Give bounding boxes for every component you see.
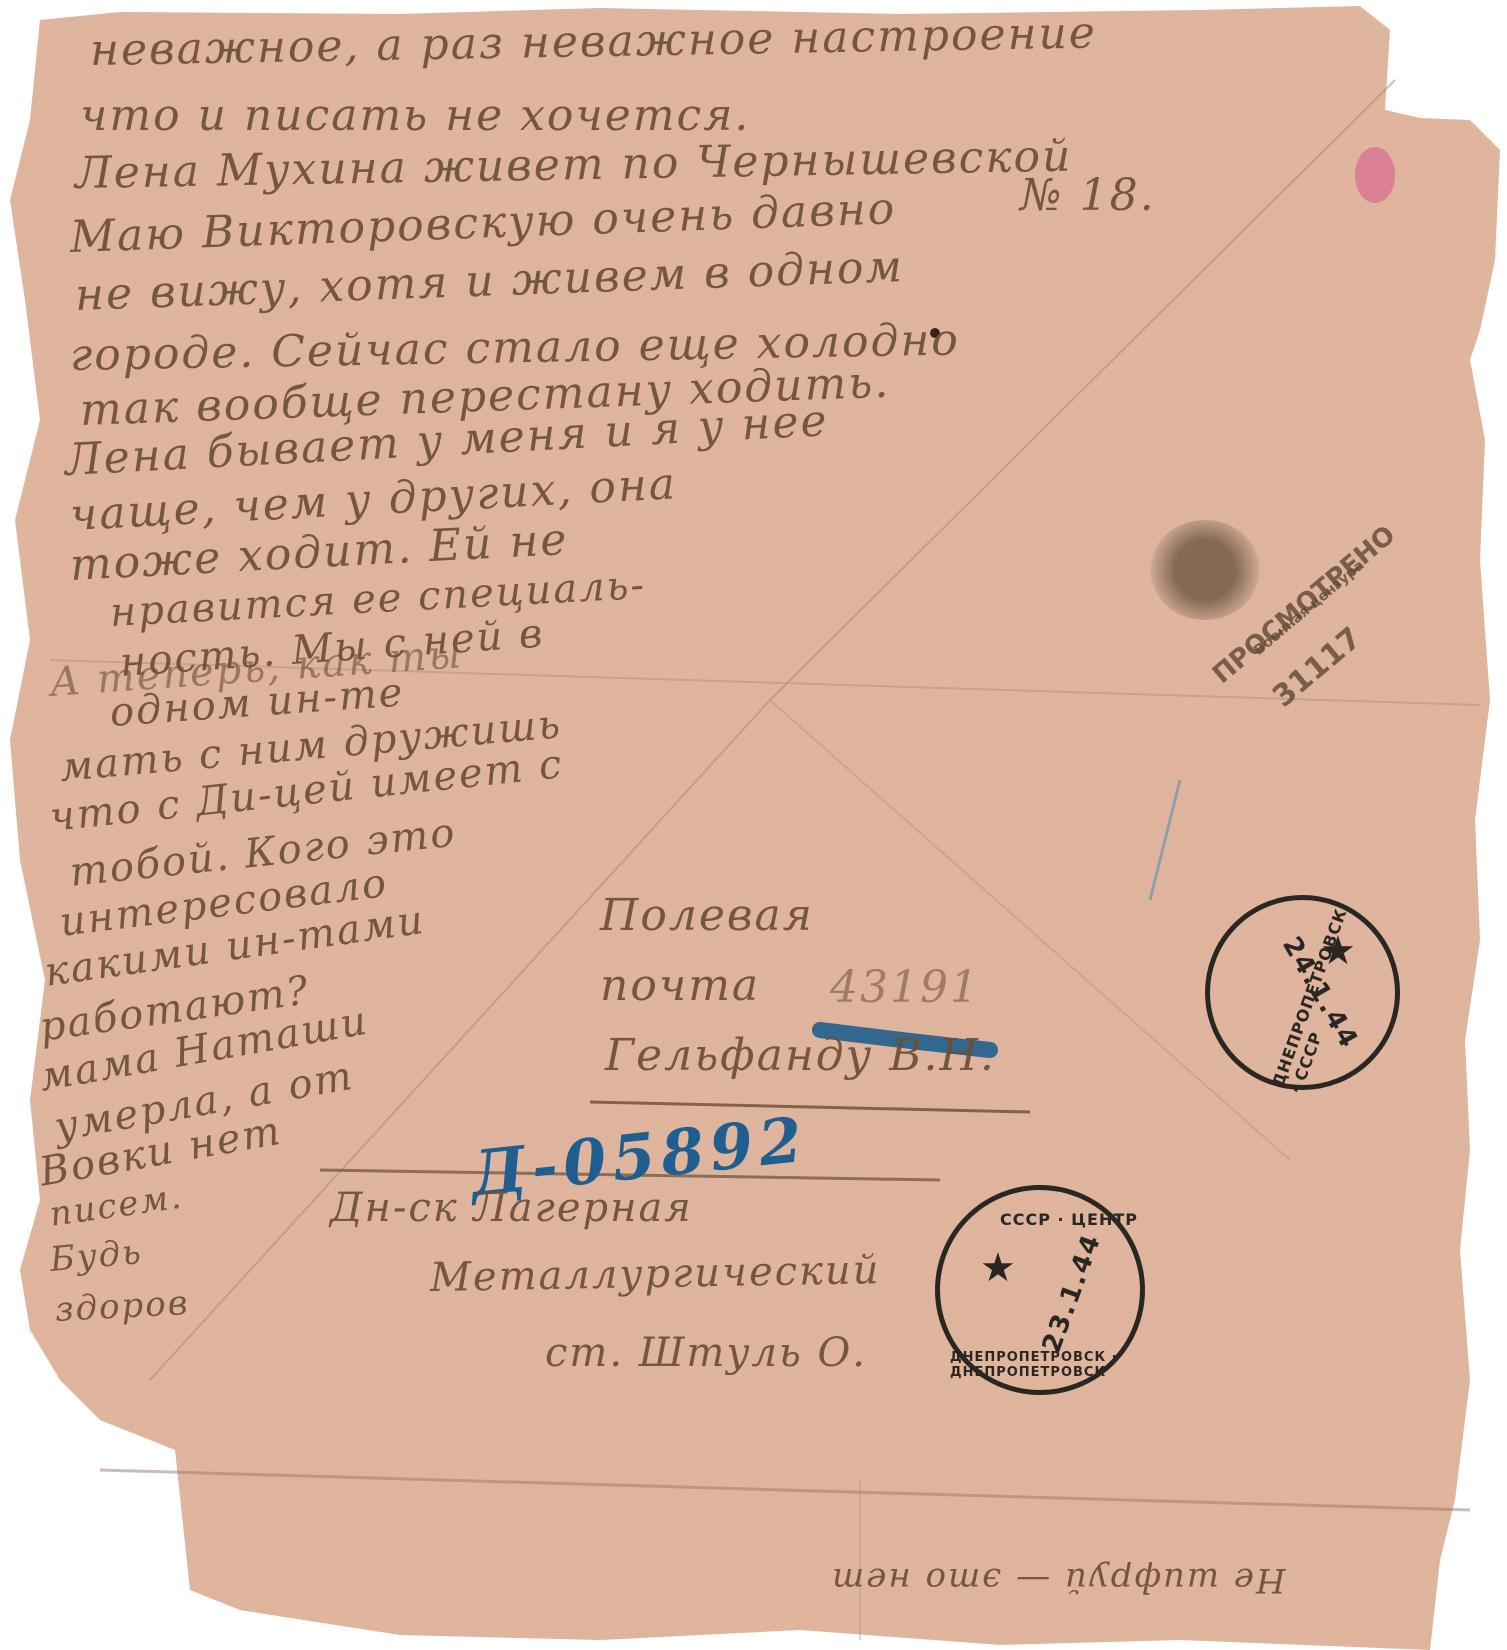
reverse-note: Не шифруй — это нет (830, 1560, 1286, 1600)
star-icon: ★ (1320, 928, 1356, 974)
sender-line: Металлургический (430, 1247, 881, 1301)
postmark-right: ДНЕПРОПЕТРОВСК · СССР ★ 24.1.44 (1205, 895, 1400, 1090)
letter-line: Будь (48, 1232, 144, 1280)
censor-seal-mark (1150, 520, 1260, 620)
letter-line: здоров (54, 1283, 191, 1330)
postmark-bottom: СССР · ЦЕНТР ДНЕПРОПЕТРОВСК · ДНЕПРОПЕТР… (935, 1185, 1145, 1395)
address-recipient-name: Гельфанду В.Н. (605, 1030, 996, 1081)
address-line-post: почта (600, 960, 760, 1011)
postmark-ring-bottom: ДНЕПРОПЕТРОВСК · ДНЕПРОПЕТРОВСК (950, 1350, 1140, 1380)
postmark-ring-top: СССР · ЦЕНТР (1000, 1210, 1138, 1229)
sender-line: ст. Штуль О. (545, 1330, 867, 1376)
letter-sheet: неважное, а раз неважное настроение что … (0, 0, 1507, 1650)
letter-line: что и писать не хочется. (80, 90, 750, 141)
postmark-date: 23.1.44 (1037, 1230, 1108, 1357)
star-icon: ★ (980, 1245, 1016, 1291)
letter-line: № 18. (1020, 170, 1156, 221)
address-line-field-post: Полевая (600, 890, 814, 941)
struck-field-post-number: 43191 (830, 962, 980, 1013)
sender-line: Дн-ск Лагерная (330, 1185, 693, 1231)
